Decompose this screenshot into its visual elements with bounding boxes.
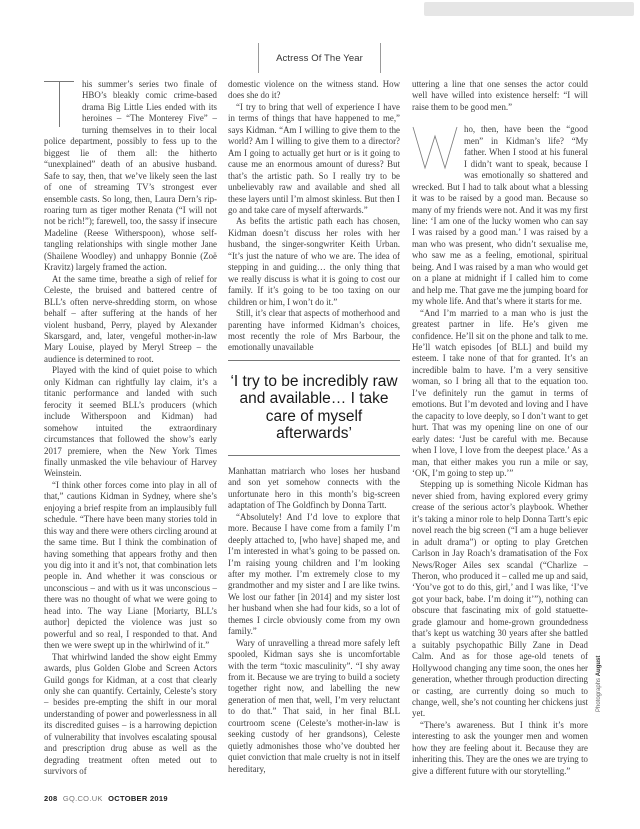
paragraph: As befits the artistic path each has cho… [228,216,400,308]
watermark-placeholder [424,2,634,16]
credit-name: August [596,656,602,677]
issue-date: OCTOBER 2019 [108,794,168,803]
paragraph: “I think other forces come into play in … [44,480,217,652]
paragraph: Still, it’s clear that aspects of mother… [228,308,400,354]
dropcap-t-icon [44,81,74,127]
paragraph: “There’s awareness. But I think it’s mor… [412,720,588,777]
paragraph: Wary of unravelling a thread more safely… [228,638,400,775]
paragraph: “And I’m married to a man who is just th… [412,308,588,480]
section-label: Actress Of The Year [258,43,381,73]
article-column-2: domestic violence on the witness stand. … [228,79,400,775]
paragraph: Manhattan matriarch who loses her husban… [228,466,400,512]
paragraph: Played with the kind of quiet poise to w… [44,365,217,480]
dropcap-w-icon [412,126,458,170]
photo-credit: Photographs August [596,642,602,712]
paragraph: That whirlwind landed the show eight Emm… [44,652,217,778]
paragraph: uttering a line that one senses the acto… [412,79,588,113]
site-name: GQ.CO.UK [63,794,103,803]
article-column-3: uttering a line that one senses the acto… [412,79,588,777]
paragraph: “Absolutely! And I’d love to explore tha… [228,512,400,638]
paragraph: Stepping up is something Nicole Kidman h… [412,479,588,720]
paragraph: At the same time, breathe a sigh of reli… [44,274,217,366]
pull-quote: ‘I try to be incredibly raw and availabl… [228,360,400,456]
page-number: 208 [44,794,57,803]
paragraph: “I try to bring that well of experience … [228,102,400,217]
page-footer: 208 GQ.CO.UK OCTOBER 2019 [44,794,168,803]
credit-label: Photographs [596,678,602,712]
article-column-1: his summer’s series two finale of HBO’s … [44,79,217,778]
paragraph: domestic violence on the witness stand. … [228,79,400,102]
